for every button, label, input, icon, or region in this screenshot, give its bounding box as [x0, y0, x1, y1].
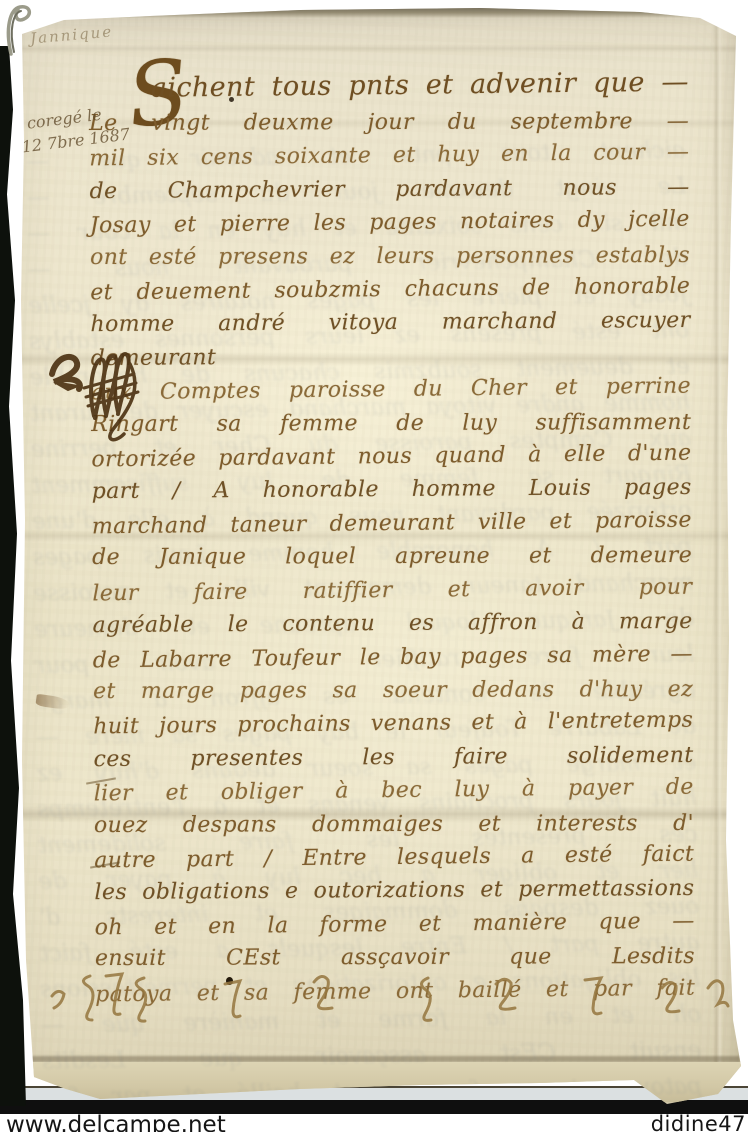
flourish-mark: [52, 991, 64, 1008]
manuscript-line: les obligations e outorizations et perme…: [94, 872, 694, 910]
vertical-fold: [713, 20, 723, 1084]
manuscript-line: de Janique loquel apreune et demeure: [92, 539, 692, 575]
manuscript-line: marchand taneur demeurant ville et paroi…: [92, 503, 692, 543]
flourish-row: [40, 968, 730, 1032]
flourish-mark: [662, 982, 679, 1011]
notary-paraph-mark: [38, 336, 158, 446]
manuscript-line: lier et obliger à bec luy à payer de: [94, 771, 694, 811]
manuscript-line: leur faire ratiffier et avoir pour: [92, 570, 692, 610]
manuscript-line: ouez despans dommaiges et interests d': [94, 806, 694, 842]
flourish-mark: [136, 978, 146, 1021]
manuscript-line: homme andré vitoya marchand escuyer deme…: [90, 304, 690, 375]
scanned-document: aichent tous pnts et advenir que —Le vin…: [0, 0, 748, 1132]
binding-clip-icon: [2, 0, 42, 60]
manuscript-line: part / A honorable homme Louis pages: [92, 471, 692, 509]
manuscript-line: ont esté presens ez leurs personnes esta…: [90, 239, 690, 275]
manuscript-line: aux Comptes paroisse du Cher et perrine: [91, 370, 691, 410]
manuscript-line: Josay et pierre les pages notaires dy jc…: [90, 203, 690, 243]
manuscript-line: aichent tous pnts et advenir que —: [89, 63, 689, 110]
parchment-page: aichent tous pnts et advenir que —Le vin…: [0, 0, 748, 1132]
manuscript-line: Le vingt deuxme jour du septembre —: [89, 105, 689, 141]
flourish-mark: [83, 976, 93, 1020]
ink-blot: [229, 97, 234, 102]
manuscript-line: autre part / Entre lesquels a esté faict: [94, 838, 694, 878]
watermark-delcampe: www.delcampe.net: [6, 1112, 226, 1132]
flourish-mark: [225, 981, 240, 1017]
manuscript-line: Ringart sa femme de luy suffisamment: [91, 406, 691, 442]
manuscript-text: aichent tous pnts et advenir que —Le vin…: [89, 64, 696, 1010]
flourish-mark: [585, 978, 601, 1014]
manuscript-line: mil six cens soixante et huy en la cour …: [89, 136, 689, 176]
flourish-mark: [106, 974, 122, 1014]
scanner-edge-left: [0, 46, 26, 1106]
manuscript-line: huit jours prochains venans et à l'entre…: [93, 704, 693, 744]
fold-shadow: [0, 44, 748, 53]
manuscript-line: et marge pages sa soeur dedans d'huy ez: [93, 673, 693, 709]
flourish-mark: [314, 976, 332, 1008]
manuscript-line: oh et en la forme et manière que —: [95, 904, 695, 944]
flourish-mark: [708, 981, 728, 1006]
manuscript-line: et deuement soubzmis chacuns de honorabl…: [90, 270, 690, 310]
manuscript-line: agréable le contenu es affron à marge: [92, 605, 692, 643]
manuscript-line: ces presentes les faire solidement: [93, 739, 693, 777]
top-edge-rim: [0, 6, 748, 18]
manuscript-line: de Labarre Toufeur le bay pages sa mère …: [93, 637, 693, 677]
watermark-didine47: didine47: [651, 1112, 746, 1132]
manuscript-line: ortorizée pardavant nous quand à elle d'…: [91, 437, 691, 477]
flourish-mark: [496, 979, 515, 1009]
flourish-mark: [421, 978, 431, 1020]
